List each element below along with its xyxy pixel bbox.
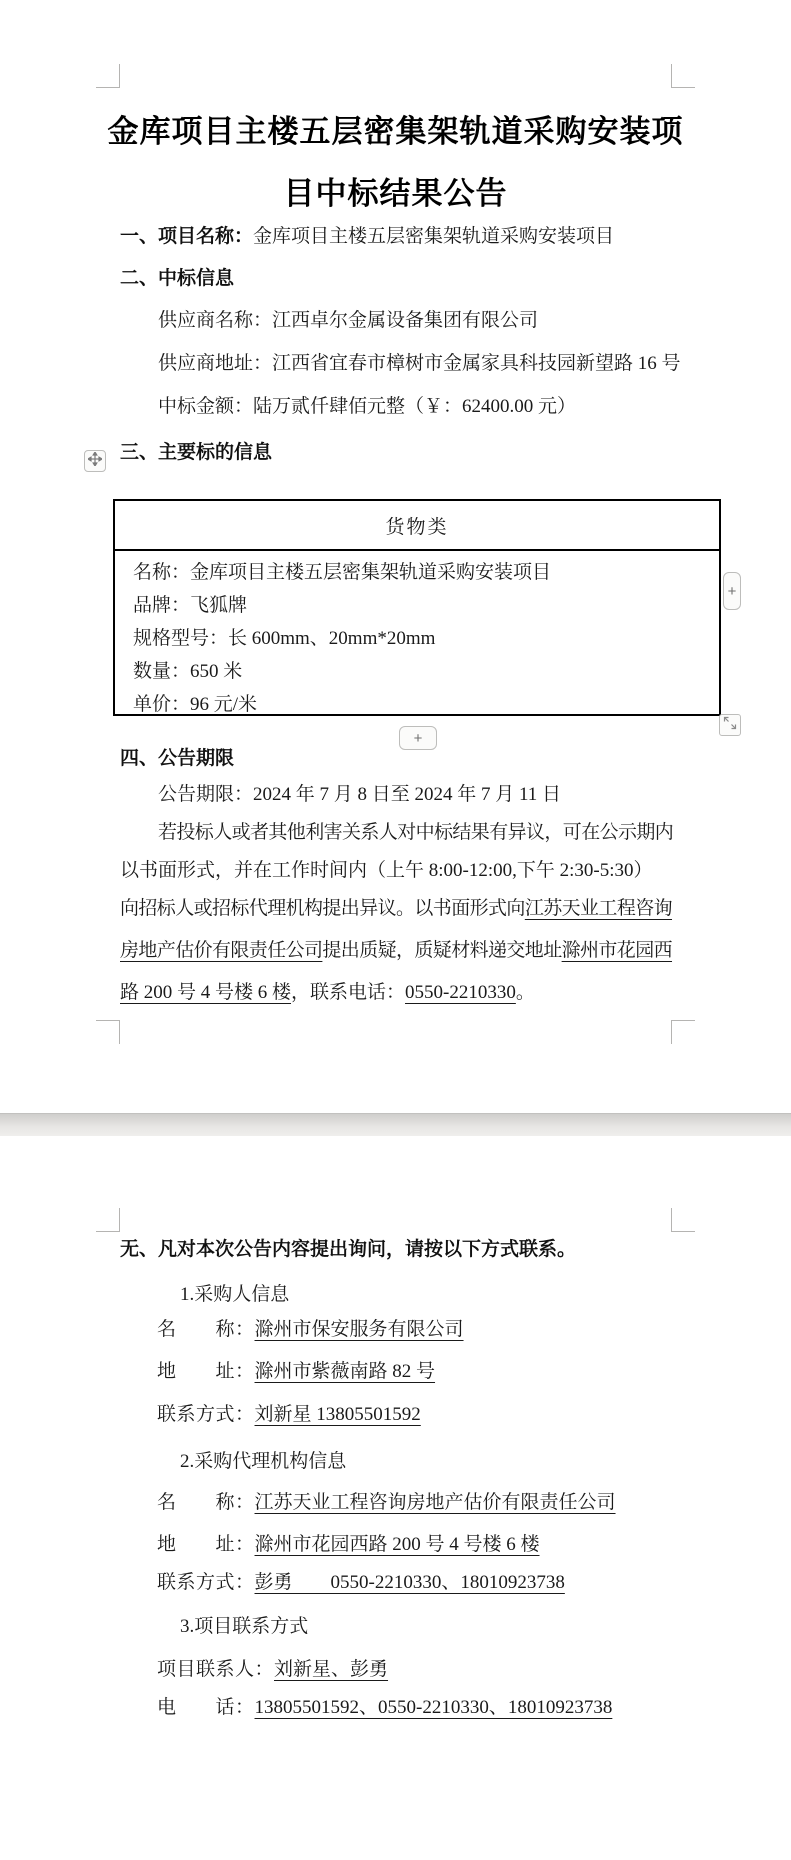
goods-table: 货物类 名称：金库项目主楼五层密集架轨道采购安装项目 品牌：飞狐牌 规格型号：长…: [113, 499, 721, 716]
paragraph-text: 。: [516, 982, 535, 1003]
agency-name-underlined: 江苏天业工程咨询: [525, 898, 672, 919]
field-label: 名 称：: [157, 1319, 255, 1340]
section-award-info: 二、中标信息: [120, 266, 234, 292]
resize-diagonal-icon: [723, 716, 737, 735]
agency-name-underlined: 房地产估价有限责任公司: [120, 940, 322, 961]
paragraph-line-3: 向招标人或招标代理机构提出异议。以书面形式向江苏天业工程咨询: [120, 896, 672, 922]
section1-value: 金库项目主楼五层密集架轨道采购安装项目: [253, 226, 614, 247]
table-move-handle[interactable]: [84, 450, 106, 472]
project-contact-person-row: 项目联系人：刘新星、彭勇: [157, 1657, 396, 1683]
paragraph-line-1: 若投标人或者其他利害关系人对中标结果有异议，可在公示期内: [158, 820, 673, 846]
paragraph-line-5: 路 200 号 4 号楼 6 楼，联系电话：0550-2210330。: [120, 980, 535, 1006]
supplier-name-line: 供应商名称：江西卓尔金属设备集团有限公司: [158, 308, 538, 334]
phone-underlined: 0550-2210330: [405, 982, 516, 1003]
add-column-button[interactable]: +: [723, 572, 741, 610]
field-label: 地 址：: [157, 1534, 255, 1555]
document-page-2: 无、凡对本次公告内容提出询问，请按以下方式联系。 1.采购人信息 名 称：滁州市…: [0, 1136, 791, 1860]
field-value: 滁州市保安服务有限公司: [255, 1319, 490, 1340]
margin-mark-bottom-left: [119, 1020, 120, 1044]
goods-table-body: 名称：金库项目主楼五层密集架轨道采购安装项目 品牌：飞狐牌 规格型号：长 600…: [115, 551, 719, 721]
table-row: 数量：650 米: [133, 655, 709, 688]
field-value: 13805501592、0550-2210330、18010923738: [255, 1697, 621, 1718]
document-title-line2: 目中标结果公告: [0, 168, 791, 213]
field-value: 刘新星、彭勇: [274, 1659, 396, 1680]
margin-mark-top-left: [96, 1231, 120, 1232]
document-page-1: 金库项目主楼五层密集架轨道采购安装项 目中标结果公告 一、项目名称：金库项目主楼…: [0, 0, 791, 1113]
purchaser-name-row: 名 称：滁州市保安服务有限公司: [157, 1317, 490, 1343]
section-contact-info: 无、凡对本次公告内容提出询问，请按以下方式联系。: [120, 1237, 576, 1263]
margin-mark-bottom-left: [96, 1020, 120, 1021]
margin-mark-top-right: [671, 64, 672, 88]
margin-mark-top-right: [671, 1231, 695, 1232]
add-row-button[interactable]: +: [399, 726, 437, 750]
agency-name-row: 名 称：江苏天业工程咨询房地产估价有限责任公司: [157, 1490, 644, 1516]
section-main-subject: 三、主要标的信息: [120, 440, 272, 466]
table-row: 品牌：飞狐牌: [133, 589, 709, 622]
address-underlined: 滁州市花园西: [562, 940, 672, 961]
section-project-name: 一、项目名称：金库项目主楼五层密集架轨道采购安装项目: [120, 224, 614, 250]
field-label: 联系方式：: [157, 1404, 255, 1425]
paragraph-text: 提出质疑，质疑材料递交地址: [322, 940, 561, 961]
document-editor-canvas: { "page1": { "title_line1": "金库项目主楼五层密集架…: [0, 0, 791, 1860]
section1-label: 一、项目名称：: [120, 226, 253, 247]
project-contact-title: 3.项目联系方式: [180, 1614, 308, 1640]
field-label: 联系方式：: [157, 1572, 255, 1593]
section-notice-period: 四、公告期限: [120, 746, 234, 772]
margin-mark-bottom-right: [671, 1020, 672, 1044]
margin-mark-top-right: [671, 1208, 672, 1232]
agency-address-row: 地 址：滁州市花园西路 200 号 4 号楼 6 楼: [157, 1532, 558, 1558]
notice-period-line: 公告期限：2024 年 7 月 8 日至 2024 年 7 月 11 日: [158, 782, 561, 808]
margin-mark-bottom-right: [671, 1020, 695, 1021]
field-label: 名 称：: [157, 1492, 255, 1513]
goods-table-header: 货物类: [115, 501, 719, 551]
agency-info-title: 2.采购代理机构信息: [180, 1449, 346, 1475]
award-amount-line: 中标金额：陆万贰仟肆佰元整（￥：62400.00 元）: [158, 394, 576, 420]
field-label: 项目联系人：: [157, 1659, 274, 1680]
table-row: 单价：96 元/米: [133, 688, 709, 721]
field-value: 彭勇 0550-2210330、18010923738: [255, 1572, 615, 1593]
margin-mark-top-left: [119, 64, 120, 88]
purchaser-info-title: 1.采购人信息: [180, 1282, 289, 1308]
table-row: 名称：金库项目主楼五层密集架轨道采购安装项目: [133, 556, 709, 589]
document-title-line1: 金库项目主楼五层密集架轨道采购安装项: [0, 106, 791, 151]
supplier-address-line: 供应商地址：江西省宜春市樟树市金属家具科技园新望路 16 号: [158, 351, 681, 377]
field-value: 江苏天业工程咨询房地产估价有限责任公司: [255, 1492, 644, 1513]
project-phone-row: 电 话：13805501592、0550-2210330、18010923738: [157, 1695, 620, 1721]
purchaser-address-row: 地 址：滁州市紫薇南路 82 号: [157, 1359, 483, 1385]
table-resize-handle[interactable]: [719, 714, 741, 736]
address-underlined: 路 200 号 4 号楼 6 楼: [120, 982, 291, 1003]
margin-mark-top-right: [671, 87, 695, 88]
field-label: 电 话：: [157, 1697, 255, 1718]
page-break-gap: [0, 1113, 791, 1137]
table-row: 规格型号：长 600mm、20mm*20mm: [133, 622, 709, 655]
field-label: 地 址：: [157, 1361, 255, 1382]
move-icon: [88, 452, 102, 471]
purchaser-contact-row: 联系方式：刘新星 13805501592: [157, 1402, 469, 1428]
field-value: 滁州市紫薇南路 82 号: [255, 1361, 484, 1382]
margin-mark-top-left: [96, 87, 120, 88]
field-value: 刘新星 13805501592: [255, 1404, 469, 1425]
margin-mark-top-left: [119, 1208, 120, 1232]
field-value: 滁州市花园西路 200 号 4 号楼 6 楼: [255, 1534, 558, 1555]
paragraph-text: ，联系电话：: [291, 982, 405, 1003]
paragraph-line-4: 房地产估价有限责任公司提出质疑，质疑材料递交地址滁州市花园西: [120, 938, 672, 964]
agency-contact-row: 联系方式：彭勇 0550-2210330、18010923738: [157, 1570, 615, 1596]
paragraph-line-2: 以书面形式，并在工作时间内（上午 8:00-12:00,下午 2:30-5:30…: [120, 858, 653, 884]
paragraph-text: 向招标人或招标代理机构提出异议。以书面形式向: [120, 898, 525, 919]
